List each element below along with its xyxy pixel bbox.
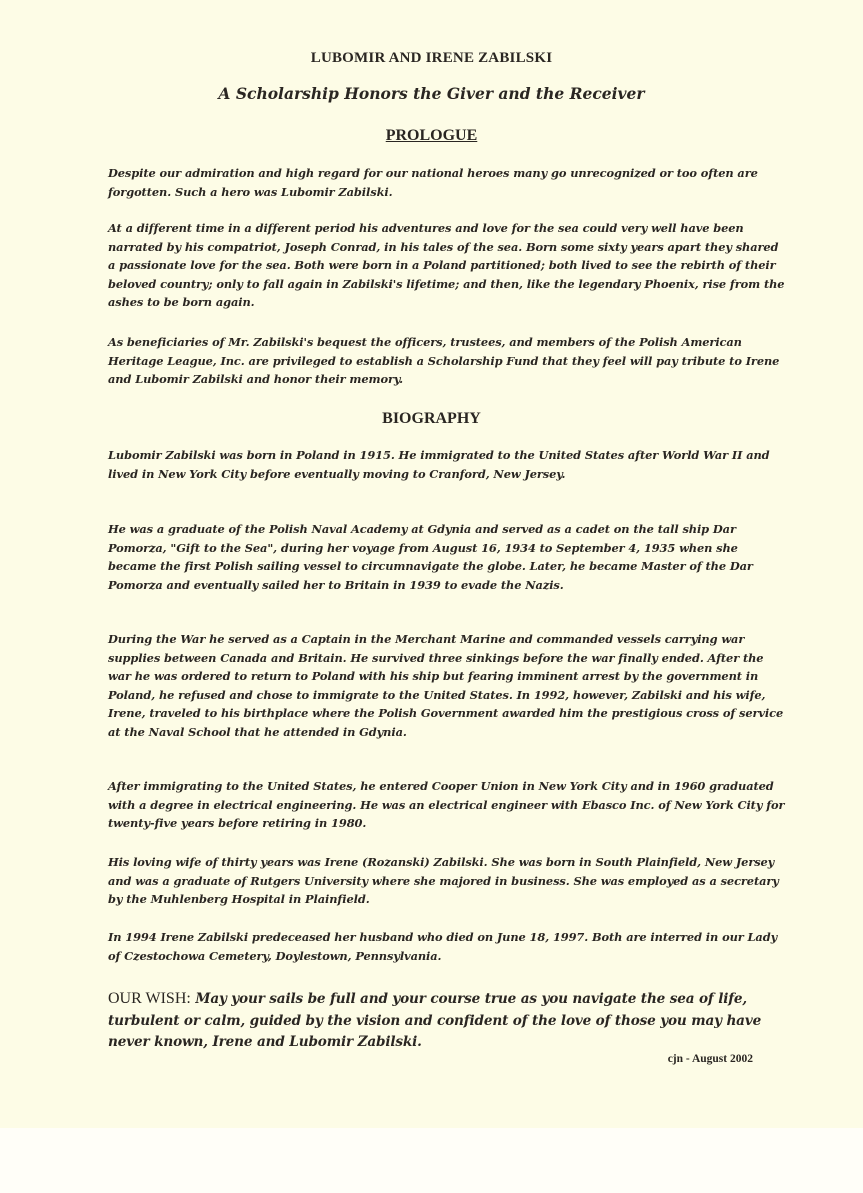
- prologue-paragraph-3: As beneficiaries of Mr. Zabilski's beque…: [108, 333, 788, 389]
- document-title: LUBOMIR AND IRENE ZABILSKI: [0, 50, 863, 67]
- biography-paragraph-4: After immigrating to the United States, …: [108, 777, 788, 833]
- biography-paragraph-1: Lubomir Zabilski was born in Poland in 1…: [108, 446, 788, 483]
- biography-heading: BIOGRAPHY: [0, 410, 863, 428]
- biography-paragraph-2: He was a graduate of the Polish Naval Ac…: [108, 520, 788, 594]
- prologue-heading-text: PROLOGUE: [386, 127, 478, 144]
- biography-paragraph-5: His loving wife of thirty years was Iren…: [108, 853, 788, 909]
- prologue-paragraph-1: Despite our admiration and high regard f…: [108, 164, 788, 201]
- signature: cjn - August 2002: [668, 1053, 753, 1065]
- scan-margin: [0, 1128, 863, 1193]
- our-wish-text: May your sails be full and your course t…: [108, 991, 761, 1050]
- our-wish-label: OUR WISH:: [108, 990, 191, 1007]
- document-subtitle: A Scholarship Honors the Giver and the R…: [0, 84, 863, 103]
- prologue-heading: PROLOGUE: [0, 127, 863, 145]
- biography-paragraph-3: During the War he served as a Captain in…: [108, 630, 788, 741]
- biography-paragraph-6: In 1994 Irene Zabilski predeceased her h…: [108, 928, 788, 965]
- prologue-paragraph-2: At a different time in a different perio…: [108, 219, 788, 312]
- our-wish: OUR WISH: May your sails be full and you…: [108, 988, 788, 1054]
